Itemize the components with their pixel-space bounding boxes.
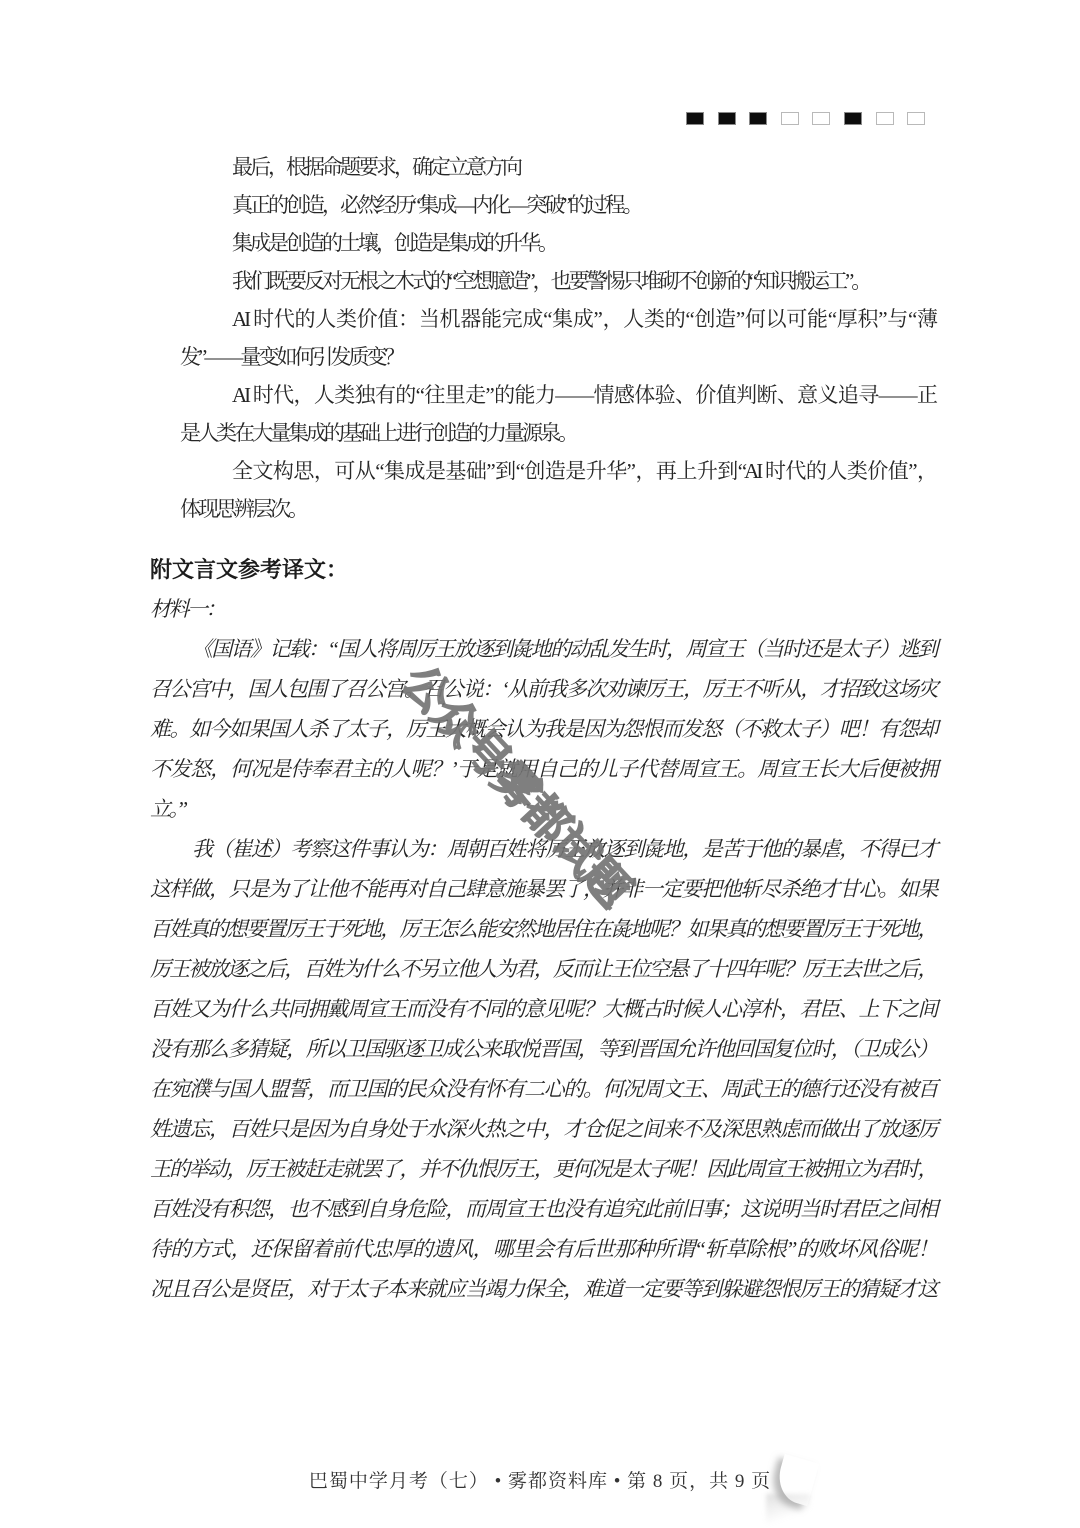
page-curl-shadow [766,1494,810,1524]
text-line: 体现思辨层次。 [180,490,935,528]
text-line: 最后，根据命题要求，确定立意方向 [180,148,935,186]
text-line: 厉王被放逐之后，百姓为什么不另立他人为君，反而让王位空悬了十四年呢？厉王去世之后… [150,949,936,989]
translation-lines: 《国语》记载：“国人将周厉王放逐到彘地的动乱发生时，周宣王（当时还是太子）逃到召… [150,629,936,1309]
text-line: 《国语》记载：“国人将周厉王放逐到彘地的动乱发生时，周宣王（当时还是太子）逃到 [150,629,936,669]
filled-square-icon [749,112,767,125]
empty-square-icon [876,112,894,125]
material-label: 材料一： [150,589,936,629]
filled-square-icon [718,112,736,125]
filled-square-icon [844,112,862,125]
text-line: 王的举动，厉王被赶走就罢了，并不仇恨厉王，更何况是太子呢！因此周宣王被拥立为君时… [150,1149,936,1189]
text-line: 我（崔述）考察这件事认为：周朝百姓将厉王放逐到彘地，是苦于他的暴虐，不得已才 [150,829,936,869]
text-line: 集成是创造的土壤，创造是集成的升华。 [180,224,935,262]
progress-indicator [686,112,925,125]
text-line: 全文构思，可从“集成是基础”到“创造是升华”，再上升到“AI 时代的人类价值”， [180,452,935,490]
text-line: 百姓又为什么共同拥戴周宣王而没有不同的意见呢？大概古时候人心淳朴，君臣、上下之间 [150,989,936,1029]
text-line: 没有那么多猜疑，所以卫国驱逐卫成公来取悦晋国，等到晋国允许他回国复位时，（卫成公… [150,1029,936,1069]
document-content: 最后，根据命题要求，确定立意方向真正的创造，必然经历“集成—内化—突破”的过程。… [150,148,936,1309]
text-line: 不发怒，何况是侍奉君主的人呢？’于是就用自己的儿子代替周宣王。周宣王长大后便被拥 [150,749,936,789]
text-line: 百姓真的想要置厉王于死地，厉王怎么能安然地居住在彘地呢？如果真的想要置厉王于死地… [150,909,936,949]
text-line: 召公宫中，国人包围了召公宫。召公说：‘从前我多次劝谏厉王，厉王不听从，才招致这场… [150,669,936,709]
text-line: 姓遗忘，百姓只是因为自身处于水深火热之中，才仓促之间来不及深思熟虑而做出了放逐厉 [150,1109,936,1149]
text-line: 立。” [150,789,936,829]
text-line: AI 时代，人类独有的“往里走”的能力——情感体验、价值判断、意义追寻——正 [180,376,935,414]
page-footer: 巴蜀中学月考（七） • 雾都资料库 • 第 8 页，共 9 页 [0,1466,1080,1493]
text-line: 待的方式，还保留着前代忠厚的遗风，哪里会有后世那种所谓“斩草除根”的败坏风俗呢！ [150,1229,936,1269]
text-line: 百姓没有积怨，也不感到自身危险，而周宣王也没有追究此前旧事；这说明当时君臣之间相 [150,1189,936,1229]
text-line: 难。如今如果国人杀了太子，厉王大概会认为我是因为怨恨而发怒（不救太子）吧！有怨却 [150,709,936,749]
exam-page: { "progress_squares": [true, true, true,… [0,0,1080,1528]
empty-square-icon [812,112,830,125]
text-line: 真正的创造，必然经历“集成—内化—突破”的过程。 [180,186,935,224]
translation-heading: 附文言文参考译文： [150,551,936,589]
empty-square-icon [781,112,799,125]
text-line: 是人类在大量集成的基础上进行创造的力量源泉。 [180,414,935,452]
empty-square-icon [907,112,925,125]
text-line: AI 时代的人类价值：当机器能完成“集成”，人类的“创造”何以可能“厚积”与“薄 [180,300,935,338]
filled-square-icon [686,112,704,125]
analysis-section: 最后，根据命题要求，确定立意方向真正的创造，必然经历“集成—内化—突破”的过程。… [180,148,935,528]
text-line: 这样做，只是为了让他不能再对自己肆意施暴罢了，并非一定要把他斩尽杀绝才甘心。如果 [150,869,936,909]
translation-section: 材料一： 《国语》记载：“国人将周厉王放逐到彘地的动乱发生时，周宣王（当时还是太… [150,589,936,1309]
text-line: 况且召公是贤臣，对于太子本来就应当竭力保全，难道一定要等到躲避怨恨厉王的猜疑才这 [150,1269,936,1309]
text-line: 发”——量变如何引发质变？ [180,338,935,376]
text-line: 我们既要反对无根之木式的“空想臆造”，也要警惕只堆砌不创新的“知识搬运工”。 [180,262,935,300]
text-line: 在宛濮与国人盟誓，而卫国的民众没有怀有二心的。何况周文王、周武王的德行还没有被百 [150,1069,936,1109]
